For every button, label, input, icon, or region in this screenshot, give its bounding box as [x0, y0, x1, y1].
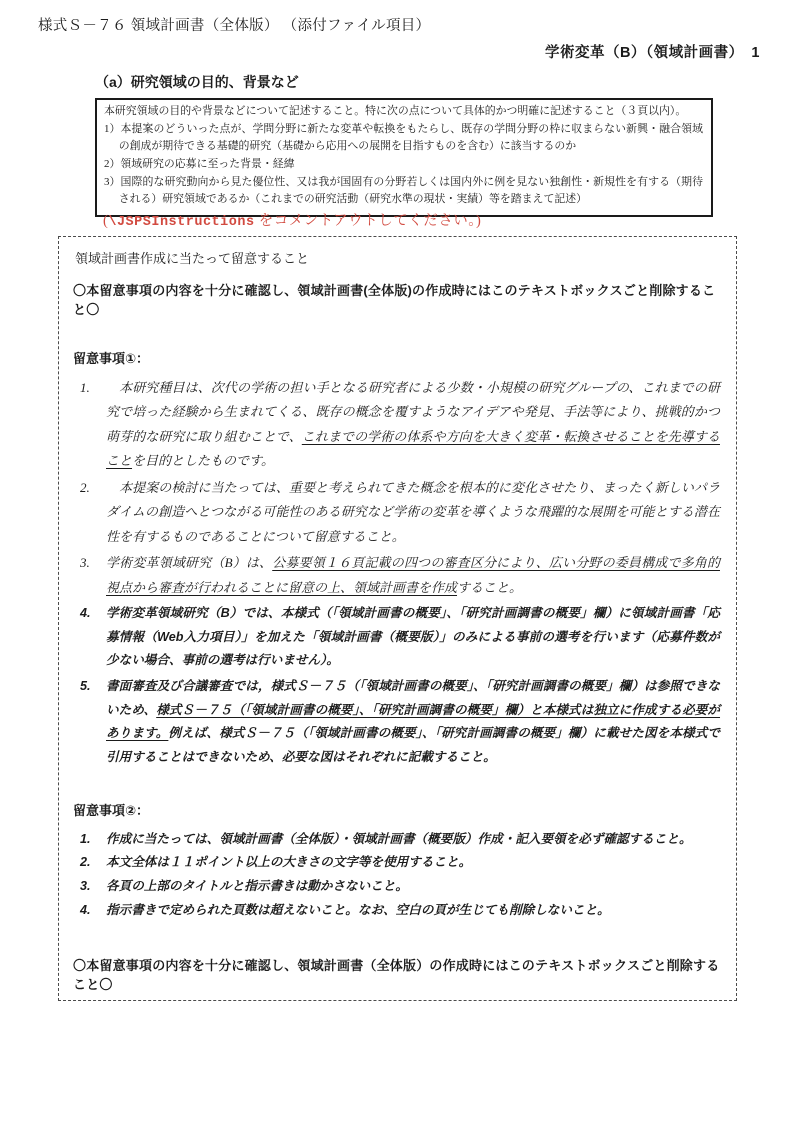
notice-list-item: 5.書面審査及び合議審査では，様式Ｓ－７５（「領域計画書の概要」、「研究計画調書… — [73, 675, 720, 770]
notice-list-item: 1. 本研究種目は、次代の学術の担い手となる研究者による少数・小規模の研究グルー… — [73, 376, 720, 474]
notice-item-text: 学術変革領域研究（B）では、本様式（「領域計画書の概要」、「研究計画調書の概要」… — [106, 606, 720, 667]
notice-item-number: 3. — [80, 551, 90, 575]
notice-title: 領域計画書作成に当たって留意すること — [75, 248, 720, 267]
comment-note-rest: をコメントアウトしてください。) — [255, 213, 482, 229]
notice-list-item: 4.学術変革領域研究（B）では、本様式（「領域計画書の概要」、「研究計画調書の概… — [73, 602, 720, 673]
delete-note-bottom: 〇本留意事項の内容を十分に確認し、領域計画書（全体版）の作成時にはこのテキストボ… — [73, 955, 720, 993]
notice-item-number: 1. — [80, 828, 91, 852]
notice-box: 領域計画書作成に当たって留意すること 〇本留意事項の内容を十分に確認し、領域計画… — [58, 236, 737, 1001]
notice-item-text: 作成に当たっては、領域計画書（全体版）・領域計画書（概要版）作成・記入要領を必ず… — [106, 832, 692, 846]
instruction-intro: 本研究領域の目的や背景などについて記述すること。特に次の点について具体的かつ明確… — [104, 103, 703, 121]
notice-item-text: 本提案の検討に当たっては、重要と考えられてきた概念を根本的に変化させたり、まった… — [106, 480, 720, 544]
notice-item-text: 学術変革領域研究（B）は、公募要領１６頁記載の四つの審査区分により、広い分野の委… — [106, 555, 720, 594]
notice-item-number: 3. — [80, 875, 91, 899]
notice-item-text: 各頁の上部のタイトルと指示書きは動かさないこと。 — [106, 879, 408, 893]
notice-item-number: 1. — [80, 376, 90, 400]
instruction-item: 2）領域研究の応募に至った背景・経緯 — [104, 156, 703, 174]
notice-item-text: 本研究種目は、次代の学術の担い手となる研究者による少数・小規模の研究グループの、… — [106, 380, 720, 468]
notice-item-text: 書面審査及び合議審査では，様式Ｓ－７５（「領域計画書の概要」、「研究計画調書の概… — [106, 679, 720, 764]
instruction-box: 本研究領域の目的や背景などについて記述すること。特に次の点について具体的かつ明確… — [95, 98, 713, 217]
section-title: （a）研究領域の目的、背景など — [95, 72, 299, 92]
comment-note-code: \JSPSInstructions — [108, 215, 254, 230]
notice-list-item: 1.作成に当たっては、領域計画書（全体版）・領域計画書（概要版）作成・記入要領を… — [73, 828, 720, 852]
delete-note-top: 〇本留意事項の内容を十分に確認し、領域計画書(全体版)の作成時にはこのテキストボ… — [73, 280, 720, 318]
notice-list-1: 1. 本研究種目は、次代の学術の担い手となる研究者による少数・小規模の研究グルー… — [73, 376, 720, 770]
notice-item-number: 2. — [80, 851, 91, 875]
instruction-item: 1）本提案のどういった点が、学問分野に新たな変革や転換をもたらし、既存の学問分野… — [104, 121, 703, 156]
comment-note: (\JSPSInstructions をコメントアウトしてください。) — [103, 209, 481, 230]
notice-item-text: 指示書きで定められた頁数は超えないこと。なお、空白の頁が生じても削除しないこと。 — [106, 903, 610, 917]
notice-list-item: 3.各頁の上部のタイトルと指示書きは動かさないこと。 — [73, 875, 720, 899]
notice-item-number: 4. — [80, 899, 91, 923]
notice-list-item: 2.本文全体は１１ポイント以上の大きさの文字等を使用すること。 — [73, 851, 720, 875]
doc-type-page-label: 学術変革（B）（領域計画書） 1 — [545, 41, 760, 62]
notice-list-item: 3.学術変革領域研究（B）は、公募要領１６頁記載の四つの審査区分により、広い分野… — [73, 551, 720, 600]
notice-item-number: 5. — [80, 675, 91, 699]
instruction-items: 1）本提案のどういった点が、学問分野に新たな変革や転換をもたらし、既存の学問分野… — [104, 121, 703, 209]
instruction-item: 3）国際的な研究動向から見た優位性、又は我が国固有の分野若しくは国内外に例を見な… — [104, 174, 703, 209]
form-code: 様式Ｓ－７６ 領域計画書（全体版） （添付ファイル項目） — [38, 14, 430, 35]
notice-item-number: 2. — [80, 476, 90, 500]
notice-list-item: 4.指示書きで定められた頁数は超えないこと。なお、空白の頁が生じても削除しないこ… — [73, 899, 720, 923]
notice-list-item: 2. 本提案の検討に当たっては、重要と考えられてきた概念を根本的に変化させたり、… — [73, 476, 720, 549]
notice-item-number: 4. — [80, 602, 91, 626]
notice-list-2: 1.作成に当たっては、領域計画書（全体版）・領域計画書（概要版）作成・記入要領を… — [73, 828, 720, 923]
notice-section1-label: 留意事項①： — [73, 348, 720, 367]
notice-item-text: 本文全体は１１ポイント以上の大きさの文字等を使用すること。 — [106, 855, 471, 869]
notice-section2-label: 留意事項②： — [73, 800, 720, 819]
